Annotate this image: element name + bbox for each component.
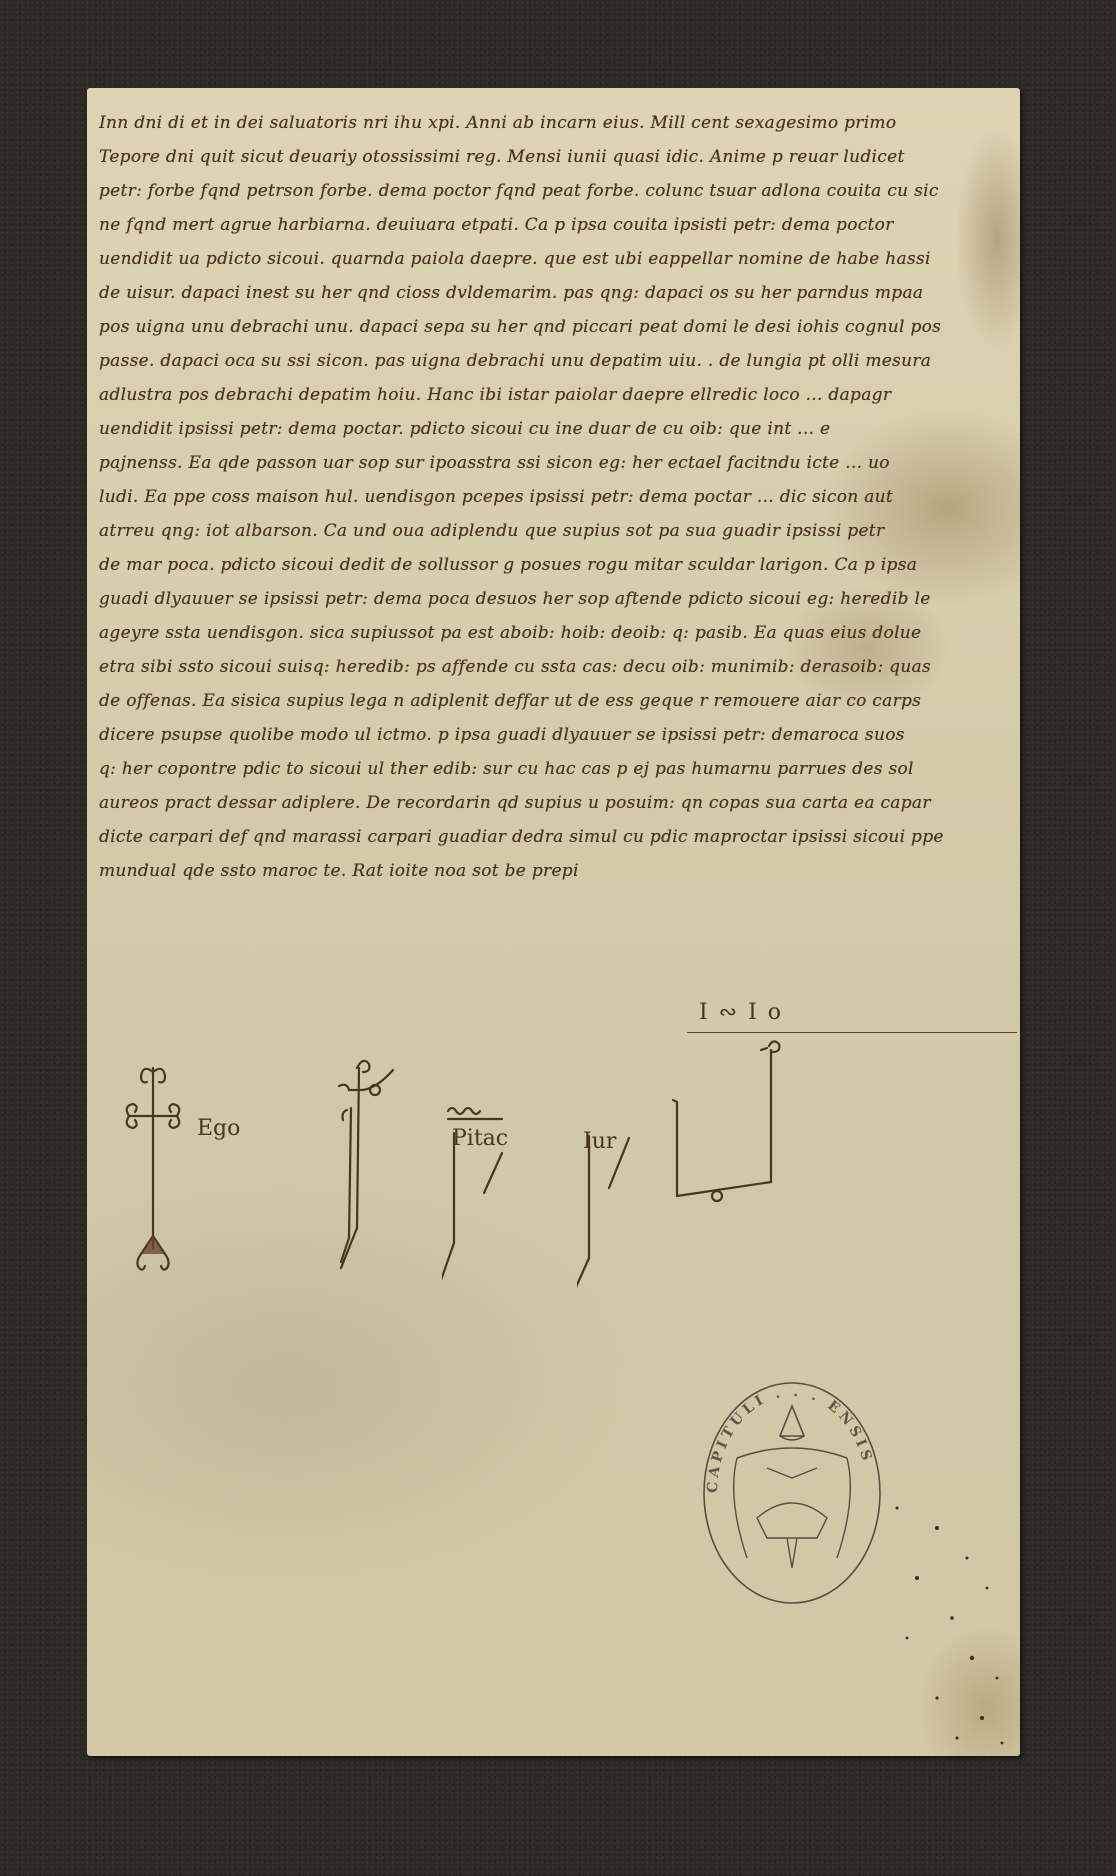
box-signum-icon bbox=[667, 1032, 797, 1232]
svg-text:Iur: Iur bbox=[583, 1129, 617, 1154]
text-line: petr: forbe fqnd petrson forbe. dema poc… bbox=[99, 174, 999, 208]
text-line: passe. dapaci oca su ssi sicon. pas uign… bbox=[99, 344, 999, 378]
text-line: aureos pract dessar adiplere. De recorda… bbox=[99, 786, 999, 820]
text-line: uendidit ipsissi petr: dema poctar. pdic… bbox=[99, 412, 999, 446]
text-line: de offenas. Ea sisica supius lega n adip… bbox=[99, 684, 999, 718]
text-line: ne fqnd mert agrue harbiarna. deuiuara e… bbox=[99, 208, 999, 242]
text-line: etra sibi ssto sicoui suisq: heredib: ps… bbox=[99, 650, 999, 684]
text-line: pajnenss. Ea qde passon uar sop sur ipoa… bbox=[99, 446, 999, 480]
notarial-signum: I ∾ I o bbox=[699, 1000, 783, 1025]
text-line: dicte carpari def qnd marassi carpari gu… bbox=[99, 820, 999, 854]
text-line: de uisur. dapaci inest su her qnd cioss … bbox=[99, 276, 999, 310]
cross-signum-icon bbox=[123, 1058, 183, 1278]
text-line: q: her copontre pdic to sicoui ul ther e… bbox=[99, 752, 999, 786]
text-line: Inn dni di et in dei saluatoris nri ihu … bbox=[99, 106, 999, 140]
ink-seal-stamp: CAPITULI . . . ENSIS bbox=[697, 1378, 887, 1608]
subscriptions-row: Ego Pitac bbox=[87, 1038, 1020, 1338]
text-line: pos uigna unu debrachi unu. dapaci sepa … bbox=[99, 310, 999, 344]
text-line: dicere psupse quolibe modo ul ictmo. p i… bbox=[99, 718, 999, 752]
text-line: uendidit ua pdicto sicoui. quarnda paiol… bbox=[99, 242, 999, 276]
charter-text: Inn dni di et in dei saluatoris nri ihu … bbox=[99, 106, 999, 888]
subscriber-signum-icon: Pitac bbox=[442, 1093, 542, 1293]
text-line: mundual qde ssto maroc te. Rat ioite noa… bbox=[99, 854, 999, 888]
text-line: ludi. Ea ppe coss maison hul. uendisgon … bbox=[99, 480, 999, 514]
svg-text:Pitac: Pitac bbox=[452, 1126, 508, 1151]
subscriber-signum-icon bbox=[317, 1048, 427, 1288]
text-line: atrreu qng: iot albarson. Ca und oua adi… bbox=[99, 514, 999, 548]
foxing-spots bbox=[877, 1488, 1017, 1768]
text-line: Tepore dni quit sicut deuariy otossissim… bbox=[99, 140, 999, 174]
parchment-charter: Inn dni di et in dei saluatoris nri ihu … bbox=[87, 88, 1020, 1756]
text-line: de mar poca. pdicto sicoui dedit de soll… bbox=[99, 548, 999, 582]
text-line: guadi dlyauuer se ipsissi petr: dema poc… bbox=[99, 582, 999, 616]
subscription-ego: Ego bbox=[197, 1113, 240, 1141]
text-line: adlustra pos debrachi depatim hoiu. Hanc… bbox=[99, 378, 999, 412]
text-line: ageyre ssta uendisgon. sica supiussot pa… bbox=[99, 616, 999, 650]
subscriber-signum-icon: Iur bbox=[577, 1108, 667, 1298]
